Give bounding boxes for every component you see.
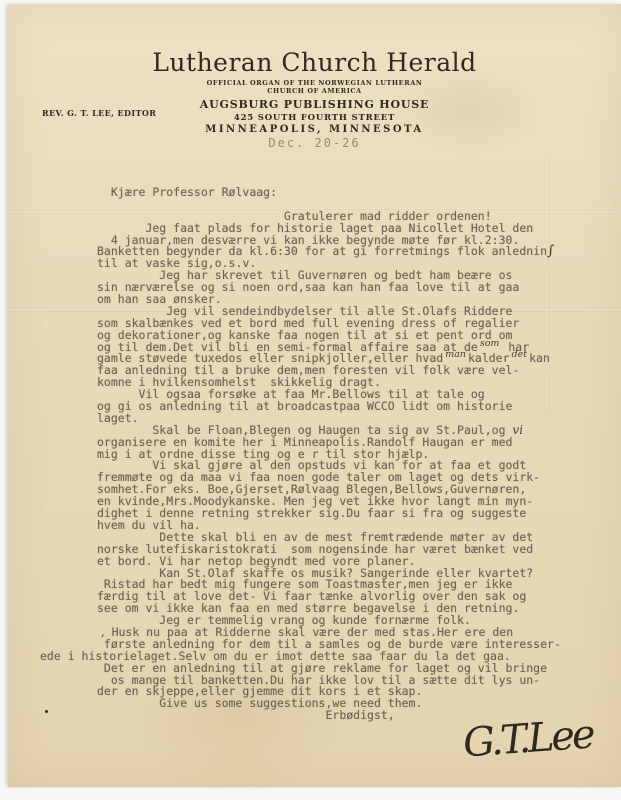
letter-line: og gi os anledning til at broadcastpaa W…: [97, 401, 617, 413]
publisher-city: MINNEAPOLIS, MINNESOTA: [8, 124, 621, 135]
letterhead-subtitle-line1: OFFICIAL ORGAN OF THE NORWEGIAN LUTHERAN: [8, 79, 621, 87]
ink-dot: [45, 710, 48, 713]
handwritten-insertion: vi: [512, 423, 523, 437]
scanned-letter-page: REV. G. T. LEE, EDITOR Lutheran Church H…: [0, 0, 621, 800]
letterhead-title: Lutheran Church Herald: [8, 48, 621, 77]
letterhead-subtitle-line2: CHURCH OF AMERICA: [8, 87, 621, 95]
letter-body: Kjære Professor Rølvaag: Gratulerer mad …: [97, 187, 617, 722]
handwritten-insertion: det: [512, 349, 528, 360]
handwritten-insertion: som: [480, 338, 500, 349]
typed-text: og gi os anledning til at broadcastpaa W…: [97, 399, 512, 413]
typed-text: Erbødigst,: [97, 708, 395, 722]
publisher-name: AUGSBURG PUBLISHING HOUSE: [8, 98, 621, 111]
signature: G.T.Lee: [462, 712, 595, 767]
typed-date: Dec. 20-26: [8, 136, 621, 150]
letter-line: Kjære Professor Rølvaag:: [97, 187, 617, 199]
typed-text: Kjære Professor Rølvaag:: [97, 185, 277, 199]
publisher-street: 425 SOUTH FOURTH STREET: [8, 113, 621, 123]
letter-paper: REV. G. T. LEE, EDITOR Lutheran Church H…: [8, 4, 621, 787]
handwritten-insertion: man: [445, 349, 466, 360]
typed-text: kan: [529, 351, 550, 365]
handwritten-insertion: ∫: [547, 243, 554, 259]
